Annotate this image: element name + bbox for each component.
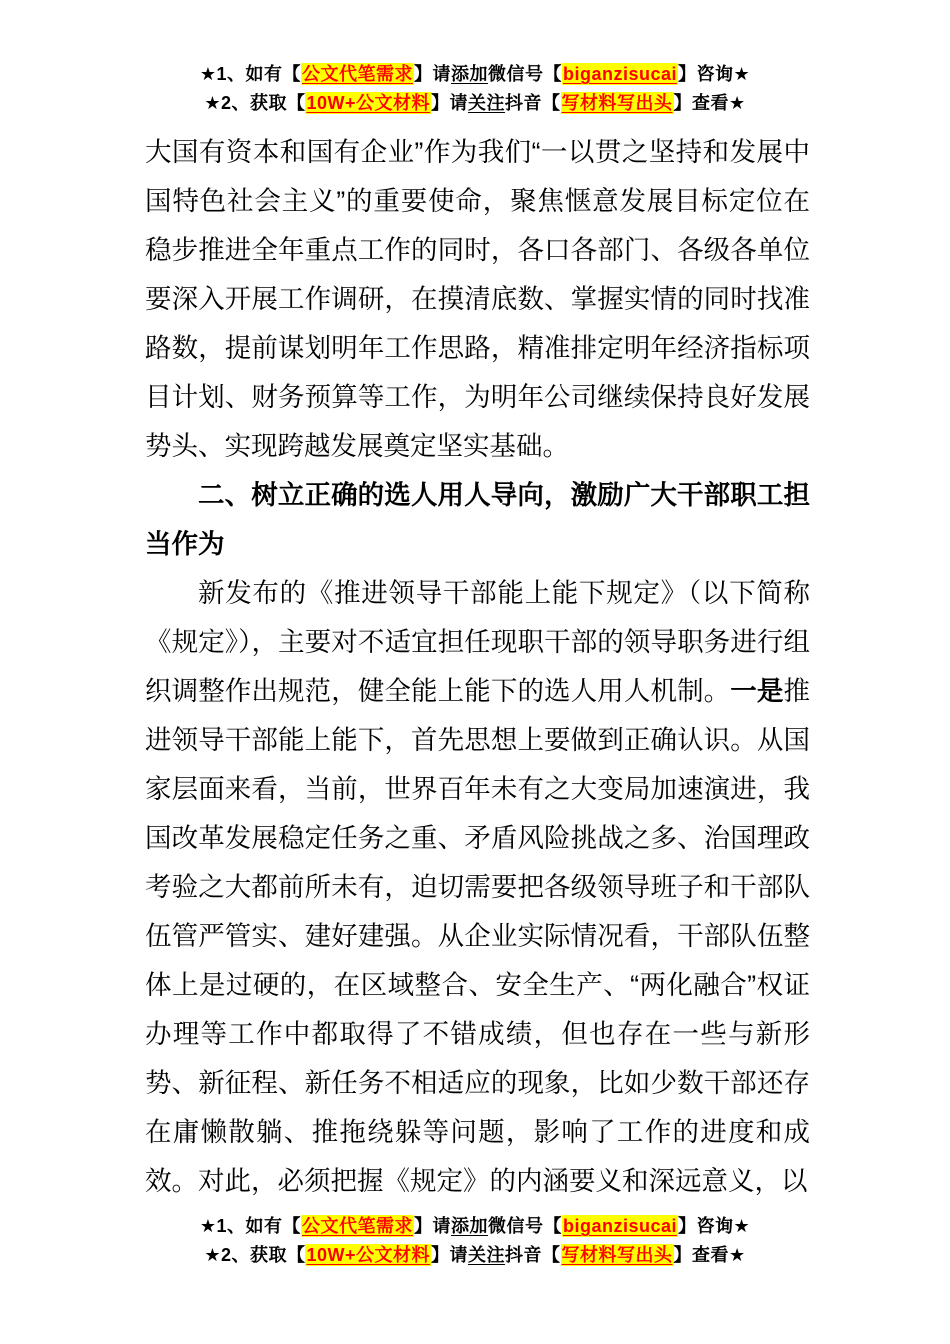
notice-text: 】请 — [414, 1216, 451, 1236]
notice-text: ★1、如有【 — [200, 64, 301, 84]
notice-text: 抖音【 — [505, 93, 561, 113]
header-notice: ★1、如有【公文代笔需求】请添加微信号【biganzisucai】咨询★ ★2、… — [0, 60, 950, 118]
footer-notice: ★1、如有【公文代笔需求】请添加微信号【biganzisucai】咨询★ ★2、… — [0, 1212, 950, 1270]
highlighted-keyword: 公文代笔需求 — [301, 1215, 414, 1237]
underlined-word: 关注 — [468, 1245, 505, 1265]
section-heading-2: 二、树立正确的选人用人导向，激励广大干部职工担当作为 — [145, 471, 810, 569]
document-body: 大国有资本和国有企业”作为我们“一以贯之坚持和发展中国特色社会主义”的重要使命，… — [145, 128, 810, 1206]
notice-text: ★1、如有【 — [200, 1216, 301, 1236]
underlined-word: 添加 — [451, 1216, 488, 1236]
notice-text: ★2、获取【 — [204, 1245, 305, 1265]
notice-text: 】查看★ — [674, 1245, 746, 1265]
douyin-id-keyword: 写材料写出头 — [561, 92, 674, 114]
paragraph-text: 推进领导干部能上能下，首先思想上要做到正确认识。从国家层面来看，当前，世界百年未… — [145, 676, 810, 1196]
notice-text: 】咨询★ — [678, 64, 750, 84]
notice-text: 】请 — [431, 1245, 468, 1265]
underlined-word: 关注 — [468, 93, 505, 113]
douyin-id-keyword: 写材料写出头 — [561, 1244, 674, 1266]
wechat-id-keyword: biganzisucai — [562, 63, 678, 85]
notice-text: 微信号【 — [488, 64, 562, 84]
footer-notice-line-1: ★1、如有【公文代笔需求】请添加微信号【biganzisucai】咨询★ — [0, 1212, 950, 1241]
underlined-word: 添加 — [451, 64, 488, 84]
wechat-id-keyword: biganzisucai — [562, 1215, 678, 1237]
paragraph-text: 新发布的《推进领导干部能上能下规定》（以下简称《规定》），主要对不适宜担任现职干… — [145, 578, 810, 706]
document-page: ★1、如有【公文代笔需求】请添加微信号【biganzisucai】咨询★ ★2、… — [0, 0, 950, 1344]
notice-text: 微信号【 — [488, 1216, 562, 1236]
header-notice-line-2: ★2、获取【10W+公文材料】请关注抖音【写材料写出头】查看★ — [0, 89, 950, 118]
notice-text: 】查看★ — [674, 93, 746, 113]
footer-notice-line-2: ★2、获取【10W+公文材料】请关注抖音【写材料写出头】查看★ — [0, 1241, 950, 1270]
header-notice-line-1: ★1、如有【公文代笔需求】请添加微信号【biganzisucai】咨询★ — [0, 60, 950, 89]
notice-text: 抖音【 — [505, 1245, 561, 1265]
notice-text: ★2、获取【 — [204, 93, 305, 113]
highlighted-keyword: 10W+公文材料 — [305, 92, 431, 114]
body-paragraph-2: 新发布的《推进领导干部能上能下规定》（以下简称《规定》），主要对不适宜担任现职干… — [145, 569, 810, 1206]
bold-list-marker: 一是 — [730, 676, 783, 706]
notice-text: 】咨询★ — [678, 1216, 750, 1236]
body-paragraph-1: 大国有资本和国有企业”作为我们“一以贯之坚持和发展中国特色社会主义”的重要使命，… — [145, 128, 810, 471]
notice-text: 】请 — [414, 64, 451, 84]
highlighted-keyword: 公文代笔需求 — [301, 63, 414, 85]
highlighted-keyword: 10W+公文材料 — [305, 1244, 431, 1266]
notice-text: 】请 — [431, 93, 468, 113]
